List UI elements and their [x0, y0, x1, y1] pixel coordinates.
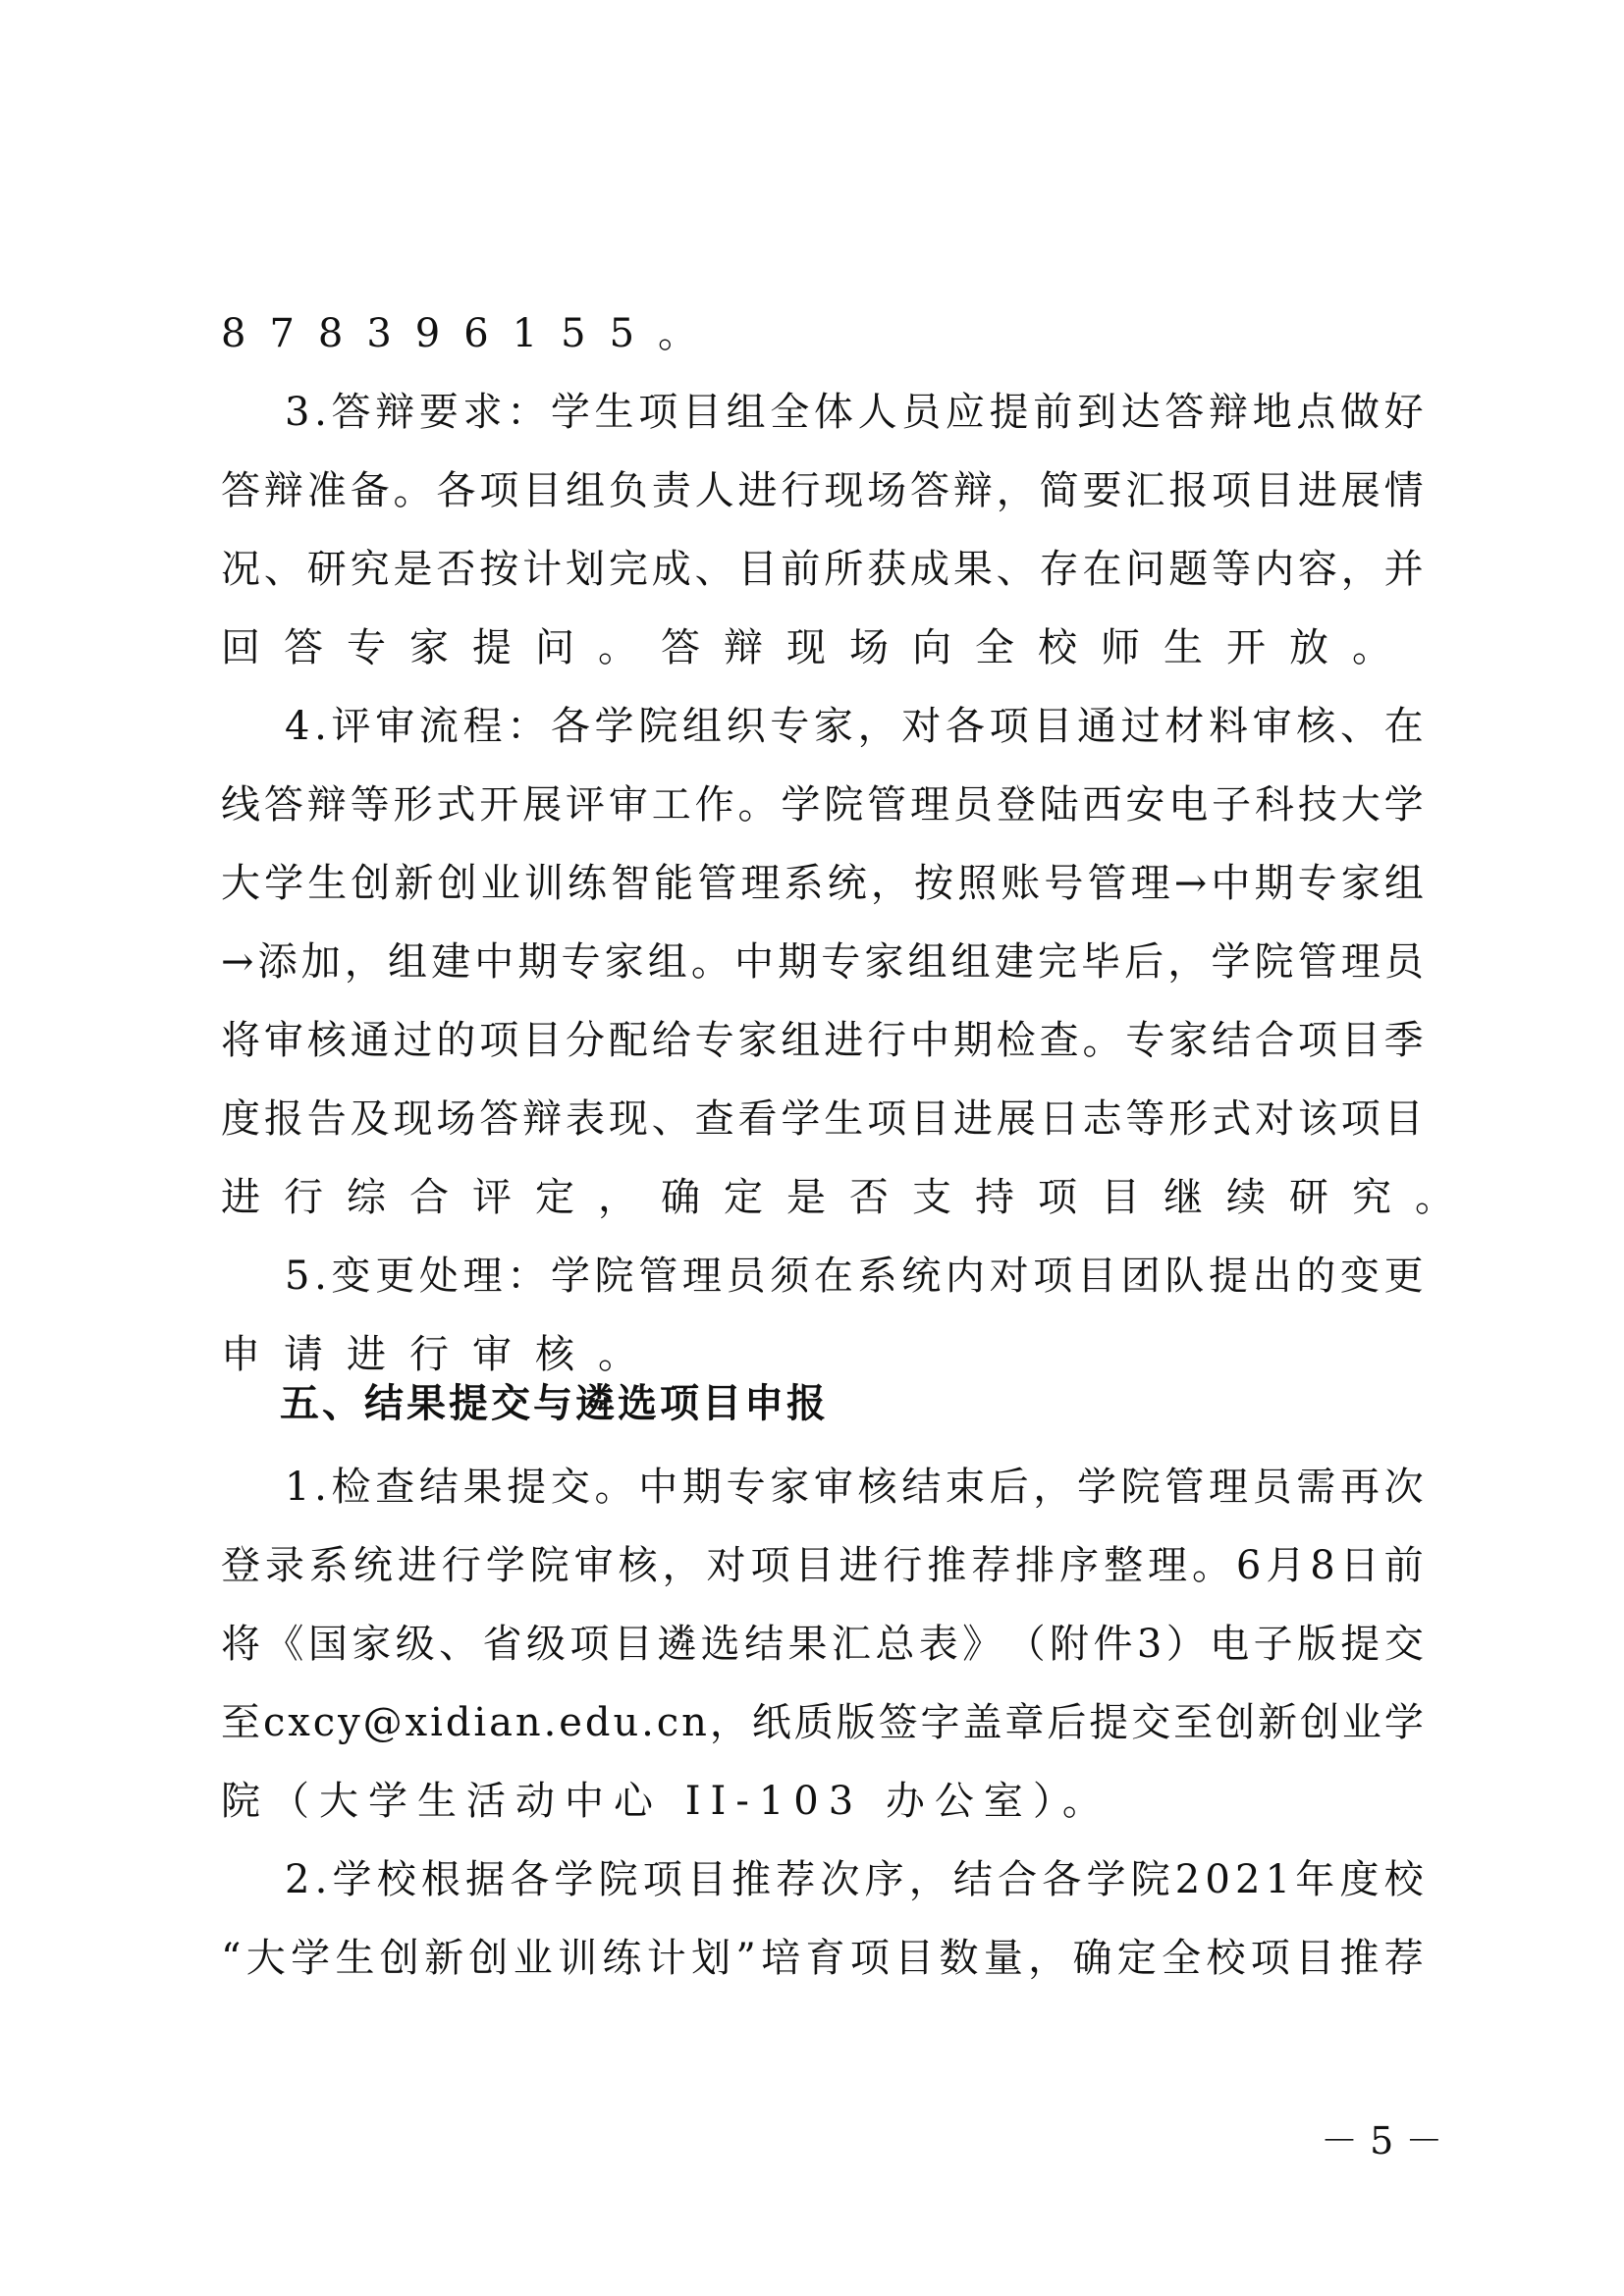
- document-page: 878396155。 3.答辩要求：学生项目组全体人员应提前到达答辩地点做好 答…: [0, 0, 1624, 2296]
- text-line: 5.变更处理：学院管理员须在系统内对项目团队提出的变更: [285, 1237, 1424, 1315]
- page-number: － 5 －: [1321, 2110, 1442, 2164]
- text-line: 登录系统进行学院审核，对项目进行推荐排序整理。6月8日前: [221, 1526, 1424, 1605]
- text-line: 1.检查结果提交。中期专家审核结束后，学院管理员需再次: [285, 1448, 1424, 1526]
- text-line: 度报告及现场答辩表现、查看学生项目进展日志等形式对该项目: [221, 1080, 1424, 1158]
- text-line: 院（大学生活动中心 II-103 办公室）。: [221, 1762, 1424, 1841]
- text-line: →添加，组建中期专家组。中期专家组组建完毕后，学院管理员: [221, 923, 1424, 1001]
- text-line: 4.评审流程：各学院组织专家，对各项目通过材料审核、在: [285, 687, 1424, 766]
- text-line: 3.答辩要求：学生项目组全体人员应提前到达答辩地点做好: [285, 373, 1424, 452]
- text-line: 进行综合评定，确定是否支持项目继续研究。: [221, 1158, 1424, 1237]
- text-line: 答辩准备。各项目组负责人进行现场答辩，简要汇报项目进展情: [221, 452, 1424, 530]
- text-line: 将审核通过的项目分配给专家组进行中期检查。专家结合项目季: [221, 1001, 1424, 1080]
- text-line: 将《国家级、省级项目遴选结果汇总表》（附件3）电子版提交: [221, 1605, 1424, 1683]
- text-line: 2.学校根据各学院项目推荐次序，结合各学院2021年度校: [285, 1841, 1424, 1919]
- text-line: 况、研究是否按计划完成、目前所获成果、存在问题等内容，并: [221, 530, 1424, 609]
- text-line: 线答辩等形式开展评审工作。学院管理员登陆西安电子科技大学: [221, 766, 1424, 844]
- section-heading: 五、结果提交与遴选项目申报: [280, 1364, 829, 1443]
- text-line: “大学生创新创业训练计划”培育项目数量，确定全校项目推荐: [221, 1919, 1424, 1998]
- text-line: 大学生创新创业训练智能管理系统，按照账号管理→中期专家组: [221, 844, 1424, 923]
- text-line: 回答专家提问。答辩现场向全校师生开放。: [221, 609, 1424, 687]
- text-line: 至cxcy@xidian.edu.cn，纸质版签字盖章后提交至创新创业学: [221, 1683, 1424, 1762]
- text-line: 878396155。: [221, 294, 1424, 373]
